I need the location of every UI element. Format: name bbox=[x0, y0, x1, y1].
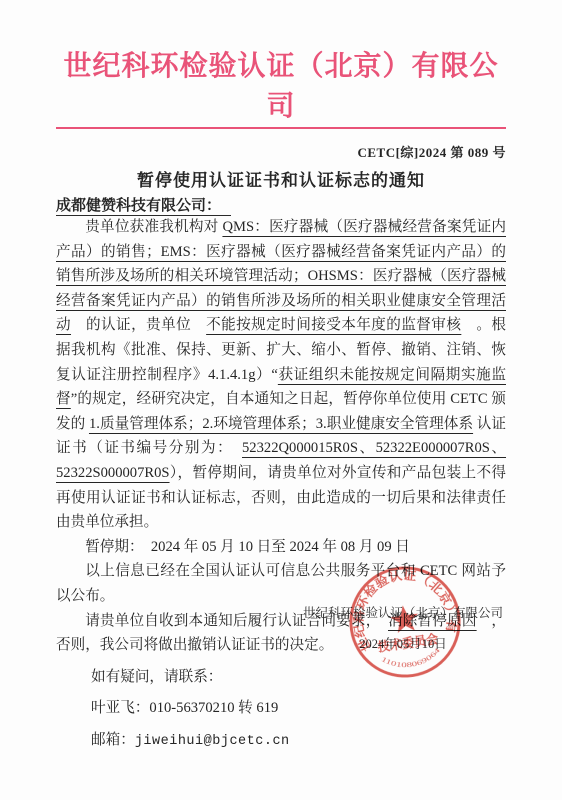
document-page: 世纪科环检验认证（北京）有限公司 CETC[综]2024 第 089 号 暂停使… bbox=[0, 0, 562, 800]
paragraph-main: 贵单位获准我机构对 QMS：医疗器械（医疗器械经营备案凭证内产品）的销售；EMS… bbox=[56, 215, 506, 535]
email-address: jiweihui@bjcetc.cn bbox=[135, 734, 290, 749]
seg-intro: 贵单位获准我机构对 bbox=[85, 219, 222, 235]
contact-email-line: 邮箱：jiweihui@bjcetc.cn bbox=[56, 728, 506, 755]
contact-phone-line: 叶亚飞：010-56370210 转 619 bbox=[56, 696, 506, 721]
addressee-name: 成都健赞科技有限公司： bbox=[56, 198, 231, 216]
company-seal: 世纪科环检验认证（北京）有限公司 技术委员会 1101080690648 bbox=[338, 555, 471, 688]
seg-system-list: 1.质量管理体系；2.环境管理体系；3.职业健康安全管理体系 bbox=[89, 416, 473, 432]
suspension-period-line: 暂停期： 2024 年 05 月 10 日至 2024 年 08 月 09 日 bbox=[56, 535, 506, 560]
seal-banner-text: 技术委员会 bbox=[376, 631, 440, 655]
seg-suspension-reason: 不能按规定时间接受本年度的监督审核 bbox=[206, 317, 461, 333]
letterhead-company-name: 世纪科环检验认证（北京）有限公司 bbox=[56, 44, 506, 129]
seg-conn1: 的认证，贵单位 bbox=[71, 317, 206, 333]
notice-title: 暂停使用认证证书和认证标志的通知 bbox=[56, 166, 506, 191]
star-icon bbox=[389, 603, 421, 633]
addressee: 成都健赞科技有限公司： bbox=[56, 194, 506, 215]
email-label: 邮箱： bbox=[91, 732, 135, 748]
letterhead: 世纪科环检验认证（北京）有限公司 bbox=[56, 0, 506, 129]
doc-number: CETC[综]2024 第 089 号 bbox=[56, 142, 506, 161]
